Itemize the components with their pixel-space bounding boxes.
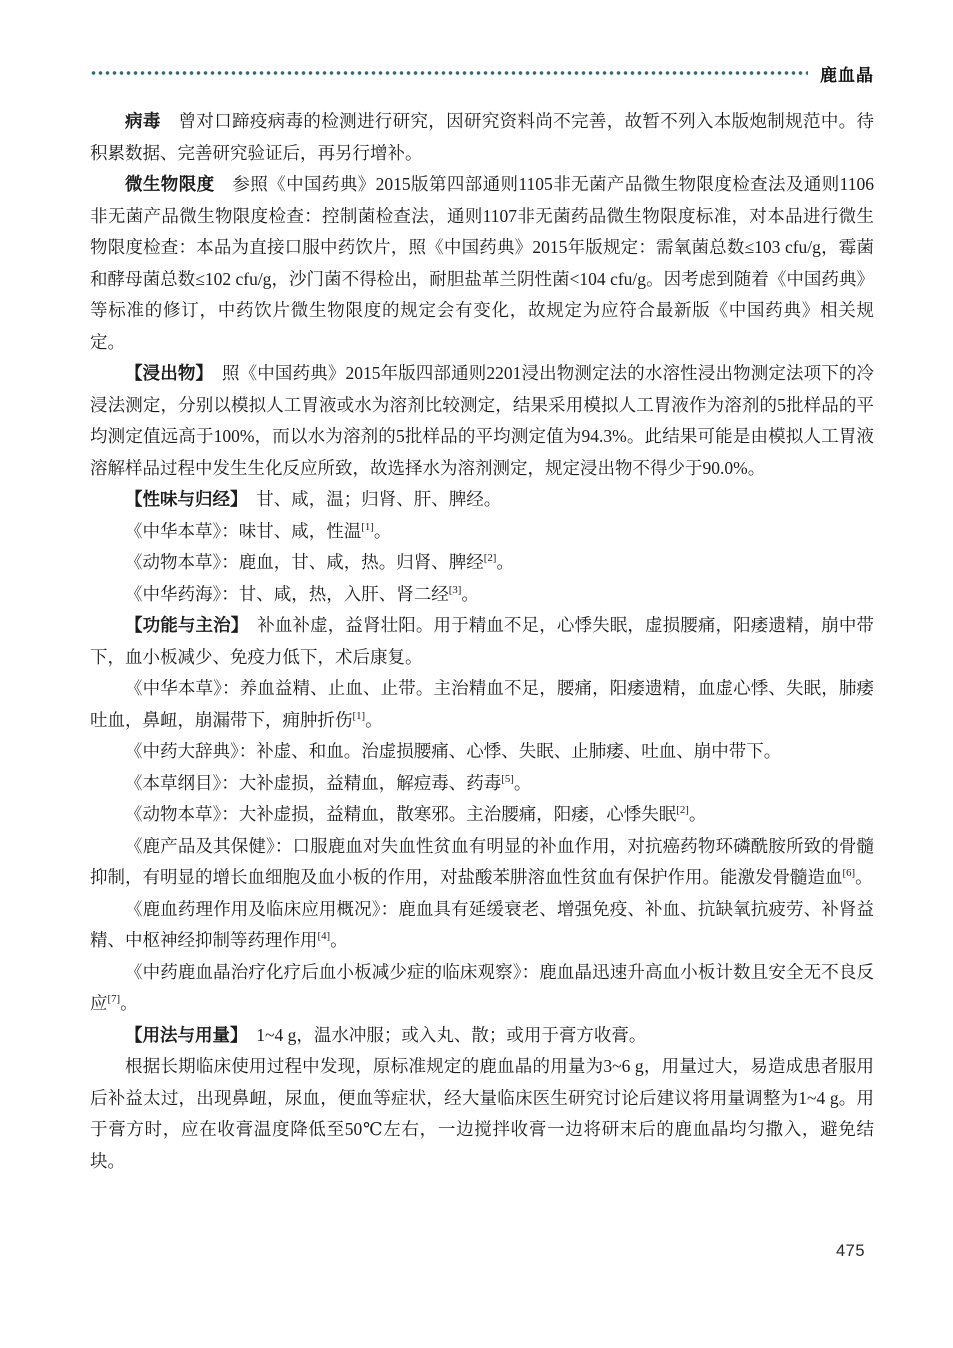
body-text: 。 [514, 773, 532, 793]
running-head-title: 鹿血晶 [820, 61, 874, 86]
paragraph: 【浸出物】 照《中国药典》2015年版四部通则2201浸出物测定法的水溶性浸出物… [90, 358, 874, 484]
paragraph: 【用法与用量】 1~4 g，温水冲服；或入丸、散；或用于膏方收膏。 [90, 1020, 874, 1052]
section-label: 【用法与用量】 [125, 1025, 239, 1045]
section-label: 微生物限度 [125, 174, 215, 194]
body-text: 1~4 g，温水冲服；或入丸、散；或用于膏方收膏。 [239, 1025, 647, 1045]
body-text: 。 [120, 993, 138, 1013]
body-text: 《动物本草》：大补虚损，益精血，散寒邪。主治腰痛，阳痿，心悸失眠 [125, 804, 676, 824]
body-text: 《动物本草》：鹿血，甘、咸，热。归肾、脾经 [125, 552, 484, 572]
section-label: 【功能与主治】 [125, 615, 240, 635]
section-label: 【性味与归经】 [125, 489, 239, 509]
reference-superscript: [1] [353, 710, 366, 722]
paragraph: 《本草纲目》：大补虚损，益精血，解痘毒、药毒[5]。 [90, 768, 874, 800]
body-text: 参照《中国药典》2015版第四部通则1105非无菌产品微生物限度检查法及通则11… [90, 174, 874, 352]
paragraph: 【功能与主治】 补血补虚，益肾壮阳。用于精血不足，心悸失眠，虚损腰痛，阳痿遗精，… [90, 610, 874, 673]
paragraph: 《鹿血药理作用及临床应用概况》：鹿血具有延缓衰老、增强免疫、补血、抗缺氧抗疲劳、… [90, 894, 874, 957]
paragraph: 《动物本草》：鹿血，甘、咸，热。归肾、脾经[2]。 [90, 547, 874, 579]
paragraph: 《中药大辞典》：补虚、和血。治虚损腰痛、心悸、失眠、止肺痿、吐血、崩中带下。 [90, 736, 874, 768]
paragraph: 【性味与归经】 甘、咸，温；归肾、肝、脾经。 [90, 484, 874, 516]
reference-superscript: [1] [361, 521, 374, 533]
body-text: 《中药鹿血晶治疗化疗后血小板减少症的临床观察》：鹿血晶迅速升高血小板计数且安全无… [90, 962, 874, 1014]
body-text: 甘、咸，温；归肾、肝、脾经。 [239, 489, 502, 509]
paragraph: 微生物限度 参照《中国药典》2015版第四部通则1105非无菌产品微生物限度检查… [90, 169, 874, 358]
paragraph: 《中华本草》：味甘、咸，性温[1]。 [90, 516, 874, 548]
paragraph: 《中华药海》：甘、咸，热，入肝、肾二经[3]。 [90, 579, 874, 611]
paragraph: 根据长期临床使用过程中发现，原标准规定的鹿血晶的用量为3~6 g，用量过大，易造… [90, 1051, 874, 1177]
paragraph: 《中药鹿血晶治疗化疗后血小板减少症的临床观察》：鹿血晶迅速升高血小板计数且安全无… [90, 957, 874, 1020]
reference-superscript: [6] [843, 867, 856, 879]
document-body: 病毒 曾对口蹄疫病毒的检测进行研究，因研究资料尚不完善，故暂不列入本版炮制规范中… [90, 106, 874, 1177]
body-text: 。 [496, 552, 514, 572]
body-text: 。 [461, 584, 479, 604]
body-text: 《本草纲目》：大补虚损，益精血，解痘毒、药毒 [125, 773, 501, 793]
reference-superscript: [2] [676, 804, 689, 816]
body-text: 曾对口蹄疫病毒的检测进行研究，因研究资料尚不完善，故暂不列入本版炮制规范中。待积… [90, 111, 874, 163]
body-text: 《鹿产品及其保健》：口服鹿血对失血性贫血有明显的补血作用，对抗癌药物环磷酰胺所致… [90, 836, 874, 888]
body-text: 。 [365, 710, 383, 730]
dotted-leader-rule [90, 70, 808, 76]
paragraph: 《中华本草》：养血益精、止血、止带。主治精血不足，腰痛，阳痿遗精，血虚心悸、失眠… [90, 673, 874, 736]
paragraph: 《动物本草》：大补虚损，益精血，散寒邪。主治腰痛，阳痿，心悸失眠[2]。 [90, 799, 874, 831]
reference-superscript: [3] [449, 584, 462, 596]
body-text: 《鹿血药理作用及临床应用概况》：鹿血具有延缓衰老、增强免疫、补血、抗缺氧抗疲劳、… [90, 899, 874, 951]
reference-superscript: [7] [108, 993, 121, 1005]
reference-superscript: [2] [484, 552, 497, 564]
body-text: 。 [330, 930, 348, 950]
body-text: 根据长期临床使用过程中发现，原标准规定的鹿血晶的用量为3~6 g，用量过大，易造… [90, 1056, 874, 1171]
body-text: 。 [374, 521, 392, 541]
body-text: 《中华药海》：甘、咸，热，入肝、肾二经 [125, 584, 449, 604]
section-label: 病毒 [125, 111, 161, 131]
body-text: 《中药大辞典》：补虚、和血。治虚损腰痛、心悸、失眠、止肺痿、吐血、崩中带下。 [125, 741, 781, 761]
body-text: 。 [855, 867, 873, 887]
page-header: 鹿血晶 [90, 62, 874, 84]
body-text: 照《中国药典》2015年版四部通则2201浸出物测定法的水溶性浸出物测定法项下的… [90, 363, 874, 478]
reference-superscript: [4] [318, 930, 331, 942]
book-page: 鹿血晶 病毒 曾对口蹄疫病毒的检测进行研究，因研究资料尚不完善，故暂不列入本版炮… [0, 0, 953, 1348]
body-text: 。 [689, 804, 707, 824]
body-text: 《中华本草》：养血益精、止血、止带。主治精血不足，腰痛，阳痿遗精，血虚心悸、失眠… [90, 678, 874, 730]
page-number: 475 [836, 1242, 865, 1261]
paragraph: 病毒 曾对口蹄疫病毒的检测进行研究，因研究资料尚不完善，故暂不列入本版炮制规范中… [90, 106, 874, 169]
reference-superscript: [5] [501, 773, 514, 785]
section-label: 【浸出物】 [125, 363, 204, 383]
paragraph: 《鹿产品及其保健》：口服鹿血对失血性贫血有明显的补血作用，对抗癌药物环磷酰胺所致… [90, 831, 874, 894]
body-text: 《中华本草》：味甘、咸，性温 [125, 521, 361, 541]
